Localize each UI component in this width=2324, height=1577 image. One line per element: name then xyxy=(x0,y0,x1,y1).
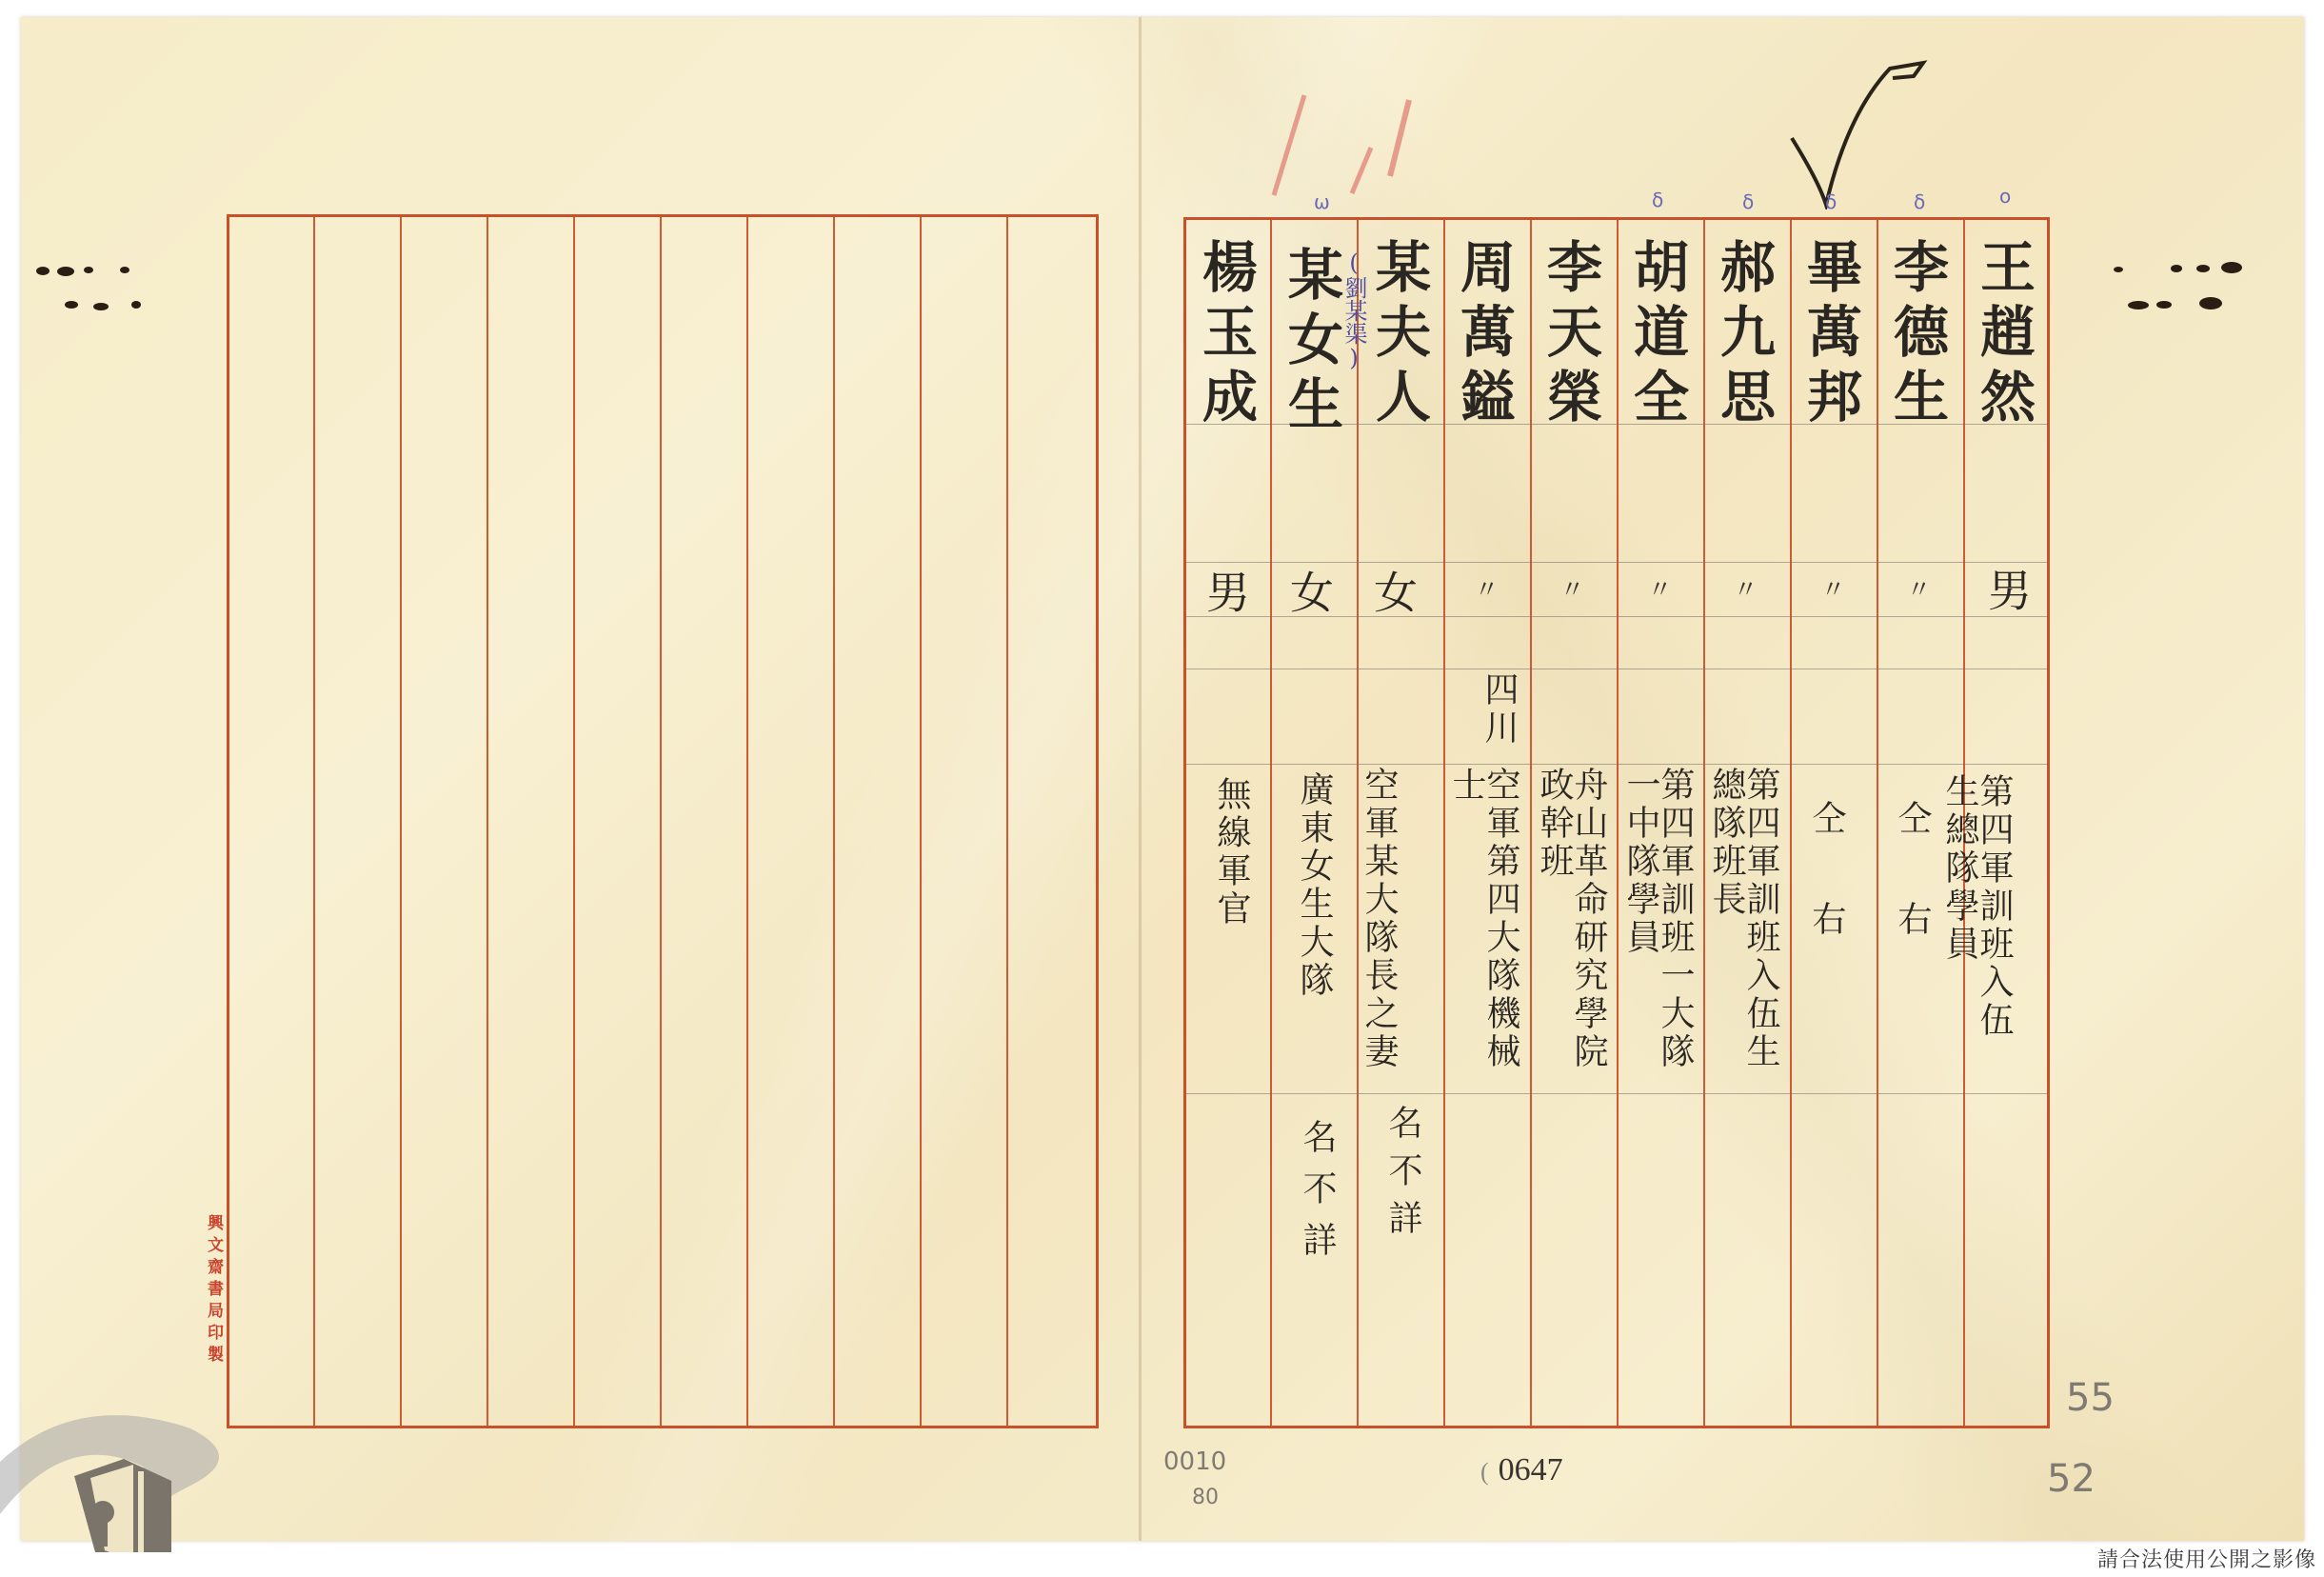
entry-3-name: 畢萬邦 xyxy=(1802,238,1857,432)
left-page-grid xyxy=(227,214,1099,1428)
top-mark-9: ω xyxy=(1314,190,1330,213)
entry-10-gender: 男 xyxy=(1203,569,1247,613)
top-mark-5: δ xyxy=(1652,189,1663,211)
entry-5-name: 胡道全 xyxy=(1629,238,1684,432)
entry-2-background: 仝右 xyxy=(1895,800,1929,1002)
entry-2-name: 李德生 xyxy=(1889,238,1944,432)
entry-1-background: 第四軍訓班入伍生總隊學員 xyxy=(1942,773,2011,1059)
entry-3-gender: 〃 xyxy=(1818,576,1843,601)
entry-8-gender: 女 xyxy=(1371,569,1415,613)
entry-7-birthplace: 四川 xyxy=(1481,671,1516,748)
top-mark-2: δ xyxy=(1914,190,1925,213)
entry-10-name: 楊玉成 xyxy=(1198,238,1253,432)
entry-9-background: 廣東女生大隊 xyxy=(1297,771,1331,1000)
archive-prefix: ( xyxy=(1480,1458,1489,1486)
usage-notice: 請合法使用公開之影像 xyxy=(2097,1544,2316,1573)
binding-holes-left xyxy=(36,259,179,316)
red-pencil-marks xyxy=(1238,90,1428,205)
entry-9-name: 某女生 xyxy=(1283,246,1339,440)
entry-9-remarks: 名不詳 xyxy=(1300,1119,1334,1273)
entry-6-gender: 〃 xyxy=(1558,576,1582,601)
entry-7-name: 周萬鎰 xyxy=(1456,238,1511,432)
entry-2-gender: 〃 xyxy=(1904,576,1929,601)
entry-1-name: 王趙然 xyxy=(1976,238,2031,432)
page-fold xyxy=(1139,17,1142,1541)
entry-5-background: 第四軍訓班一大隊一中隊學員 xyxy=(1623,767,1692,1071)
entry-8-background: 空軍某大隊長之妻 xyxy=(1361,767,1396,1081)
entry-4-background: 第四軍訓班入伍生總隊班長 xyxy=(1709,767,1778,1071)
entry-8-name: 某夫人 xyxy=(1371,238,1426,432)
pencil-number-right-bottom: 52 xyxy=(2047,1457,2096,1501)
entry-1-gender: 男 xyxy=(1985,568,2029,611)
entry-9-annotation: (劉某渠) xyxy=(1342,250,1365,371)
entry-10-background: 無線軍官 xyxy=(1214,776,1248,928)
check-mark-icon xyxy=(1780,57,1942,210)
printer-mark: 興文齋書局印製 xyxy=(202,1214,226,1367)
entry-6-background: 舟山革命研究學院政幹班 xyxy=(1537,767,1605,1081)
entry-6-name: 李天榮 xyxy=(1542,238,1598,432)
top-mark-1: o xyxy=(1999,185,2011,208)
pencil-number-left: 0010 xyxy=(1163,1447,1226,1476)
entry-7-background: 空軍第四大隊機械士 xyxy=(1449,767,1518,1081)
pencil-number-right-top: 55 xyxy=(2066,1376,2115,1420)
entry-4-name: 郝九思 xyxy=(1716,238,1771,432)
archive-number-value: 0647 xyxy=(1499,1452,1563,1487)
top-mark-4: δ xyxy=(1742,190,1754,213)
archive-logo-icon xyxy=(0,1390,238,1552)
entry-3-background: 仝右 xyxy=(1809,800,1843,1002)
entry-7-gender: 〃 xyxy=(1472,576,1497,601)
pencil-number-left-sub: 80 xyxy=(1192,1486,1219,1509)
entry-8-remarks: 名不詳 xyxy=(1385,1105,1420,1248)
archive-number: (0647 xyxy=(1480,1452,1563,1488)
top-mark-3: δ xyxy=(1825,190,1837,213)
entry-4-gender: 〃 xyxy=(1731,576,1756,601)
entry-5-gender: 〃 xyxy=(1645,576,1670,601)
binding-holes-right xyxy=(2109,257,2252,314)
entry-9-gender: 女 xyxy=(1287,569,1331,613)
